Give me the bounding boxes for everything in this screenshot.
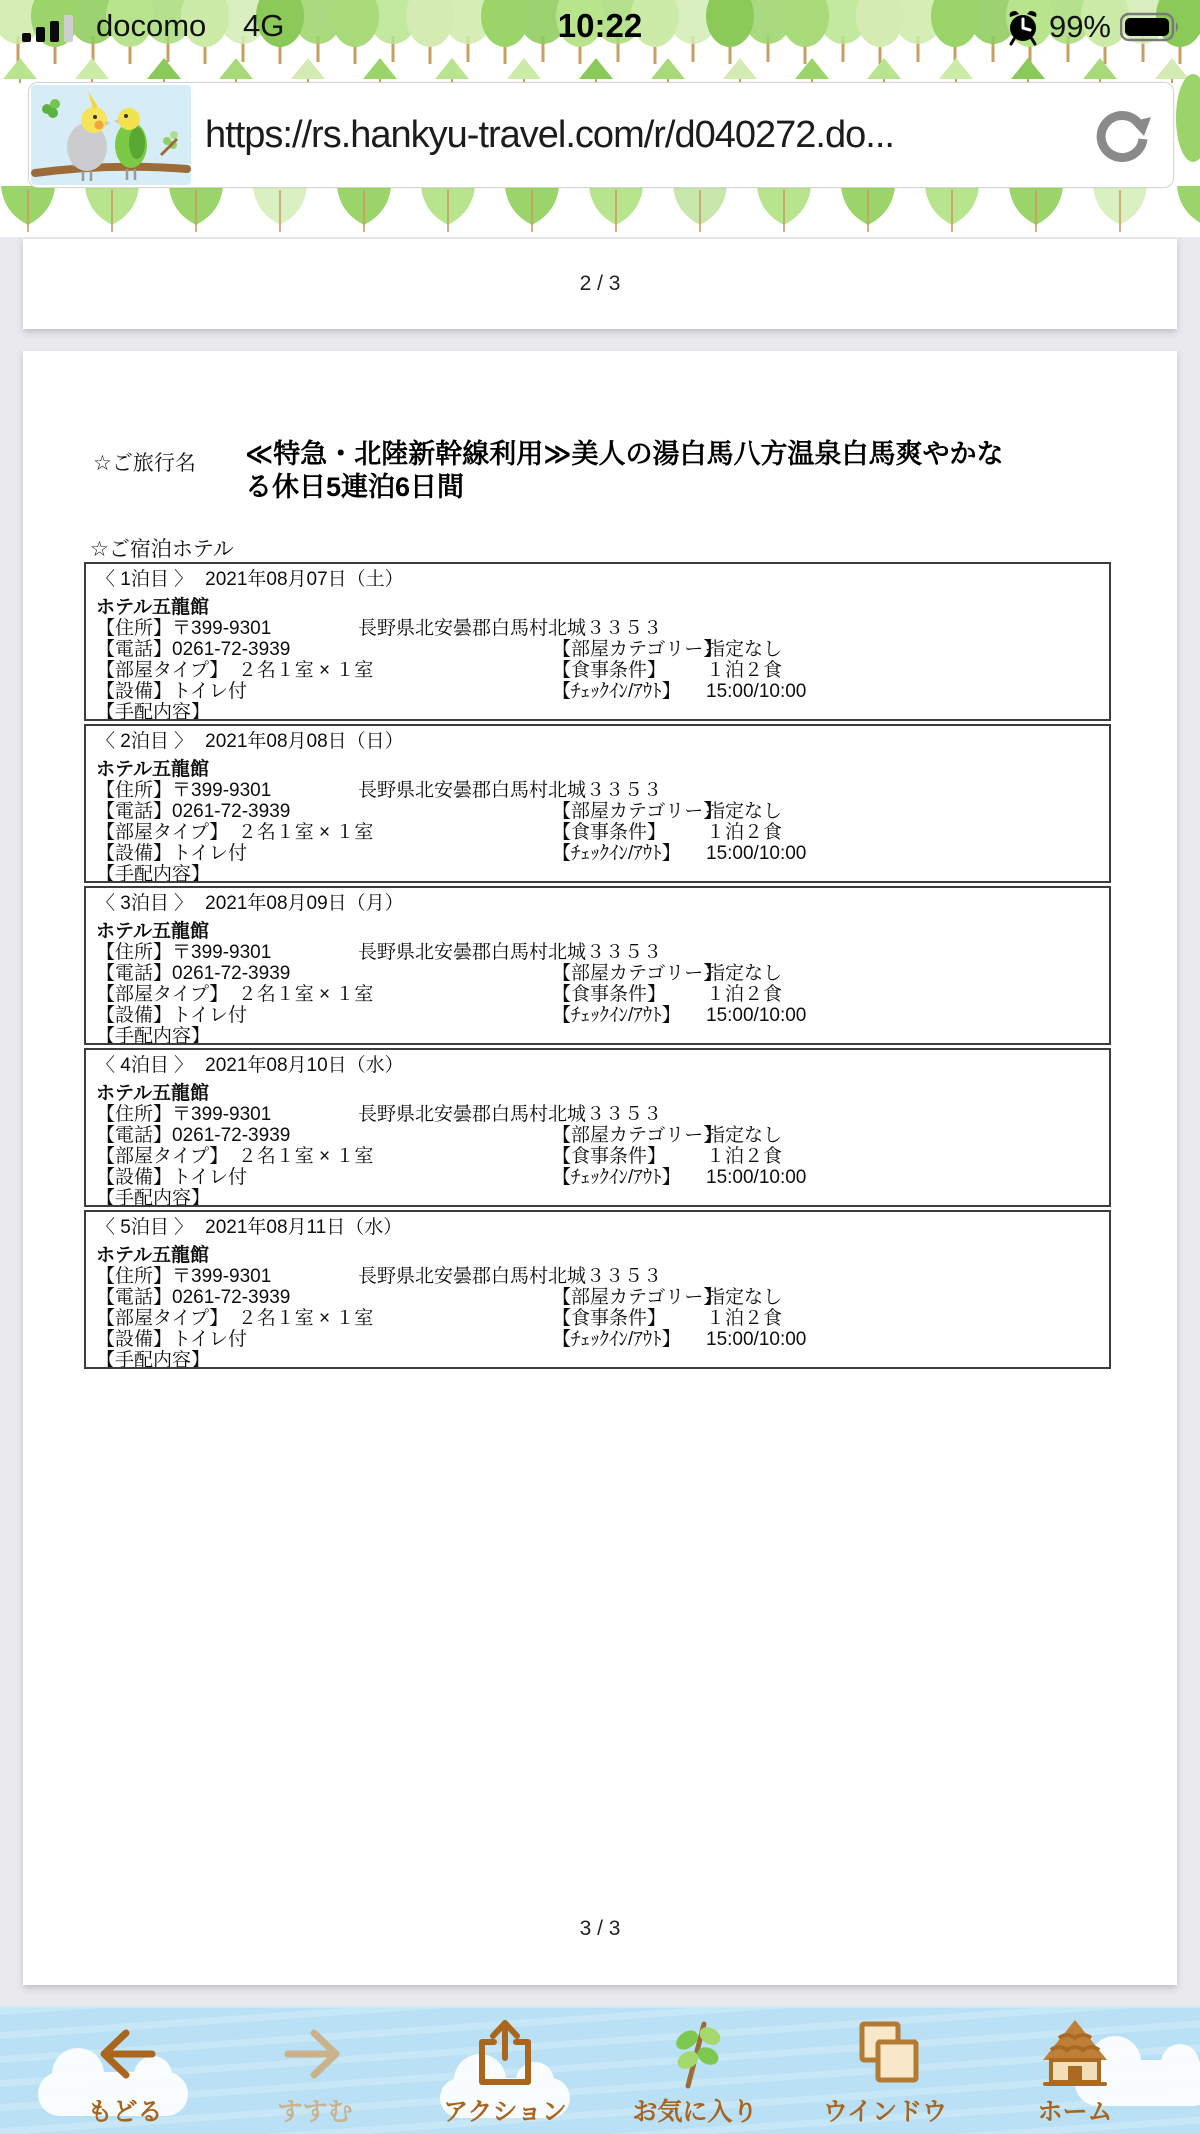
night-label: 〈 5泊目 〉 <box>96 1217 193 1238</box>
facility-value: 【設備】トイレ付 <box>96 1167 247 1188</box>
address-row: 【住所】〒399-9301長野県北安曇郡白馬村北城３３５３ <box>96 780 1109 801</box>
hotel-name: ホテル五龍館 <box>96 597 209 618</box>
room-type-value: 【部屋タイプ】 ２名１室 × １室 <box>96 984 373 1005</box>
hotel-night-list: 〈 1泊目 〉2021年08月07日（土）ホテル五龍館【住所】〒399-9301… <box>84 562 1111 1372</box>
browser-toolbar: もどる すすむ アクション <box>0 2006 1200 2134</box>
favorites-button[interactable]: お気に入り <box>600 2008 790 2134</box>
address-label: 【住所】〒399-9301 <box>96 780 271 801</box>
hotel-night-box: 〈 5泊目 〉2021年08月11日（水）ホテル五龍館【住所】〒399-9301… <box>84 1210 1111 1369</box>
facility-checkinout-row: 【設備】トイレ付【ﾁｪｯｸｲﾝ/ｱｳﾄ】15:00/10:00 <box>96 843 1109 864</box>
night-label: 〈 3泊目 〉 <box>96 893 193 914</box>
night-date: 2021年08月10日（水） <box>205 1055 404 1076</box>
facility-value: 【設備】トイレ付 <box>96 681 247 702</box>
hotel-section-label: ☆ご宿泊ホテル <box>90 533 234 563</box>
address-value: 長野県北安曇郡白馬村北城３３５３ <box>358 780 662 801</box>
url-text[interactable]: https://rs.hankyu-travel.com/r/d040272.d… <box>191 114 1093 157</box>
facility-value: 【設備】トイレ付 <box>96 843 247 864</box>
room-type-meal-row: 【部屋タイプ】 ２名１室 × １室【食事条件】１泊２食 <box>96 1146 1109 1167</box>
action-button[interactable]: アクション <box>410 2008 600 2134</box>
arrangement-row: 【手配内容】 <box>96 1026 1109 1045</box>
battery-percent-label: 99% <box>1049 9 1111 45</box>
checkinout-label: 【ﾁｪｯｸｲﾝ/ｱｳﾄ】 <box>552 1005 681 1026</box>
toolbar-label: もどる <box>87 2092 162 2128</box>
checkinout-label: 【ﾁｪｯｸｲﾝ/ｱｳﾄ】 <box>552 681 681 702</box>
facility-checkinout-row: 【設備】トイレ付【ﾁｪｯｸｲﾝ/ｱｳﾄ】15:00/10:00 <box>96 1167 1109 1188</box>
address-row: 【住所】〒399-9301長野県北安曇郡白馬村北城３３５３ <box>96 618 1109 639</box>
pdf-page-3: ☆ご旅行名 ≪特急・北陸新幹線利用≫美人の湯白馬八方温泉白馬爽やかなる休日5連泊… <box>23 351 1177 1985</box>
address-label: 【住所】〒399-9301 <box>96 1104 271 1125</box>
checkinout-label: 【ﾁｪｯｸｲﾝ/ｱｳﾄ】 <box>552 1329 681 1350</box>
phone-room-category-row: 【電話】0261-72-3939【部屋カテゴリー】指定なし <box>96 1125 1109 1146</box>
address-value: 長野県北安曇郡白馬村北城３３５３ <box>358 1104 662 1125</box>
room-category-value: 指定なし <box>706 801 782 822</box>
address-label: 【住所】〒399-9301 <box>96 618 271 639</box>
hotel-night-box: 〈 2泊目 〉2021年08月08日（日）ホテル五龍館【住所】〒399-9301… <box>84 724 1111 883</box>
arrangement-label: 【手配内容】 <box>96 1188 210 1207</box>
hotel-name: ホテル五龍館 <box>96 759 209 780</box>
room-type-meal-row: 【部屋タイプ】 ２名１室 × １室【食事条件】１泊２食 <box>96 984 1109 1005</box>
hotel-name-row: ホテル五龍館 <box>96 1083 1109 1104</box>
phone-room-category-row: 【電話】0261-72-3939【部屋カテゴリー】指定なし <box>96 639 1109 660</box>
toolbar-label: アクション <box>443 2092 567 2128</box>
hotel-name-row: ホテル五龍館 <box>96 1245 1109 1266</box>
hotel-night-box: 〈 4泊目 〉2021年08月10日（水）ホテル五龍館【住所】〒399-9301… <box>84 1048 1111 1207</box>
night-label: 〈 4泊目 〉 <box>96 1055 193 1076</box>
checkinout-label: 【ﾁｪｯｸｲﾝ/ｱｳﾄ】 <box>552 1167 681 1188</box>
room-type-value: 【部屋タイプ】 ２名１室 × １室 <box>96 660 373 681</box>
checkinout-value: 15:00/10:00 <box>706 843 806 864</box>
hotel-night-box: 〈 3泊目 〉2021年08月09日（月）ホテル五龍館【住所】〒399-9301… <box>84 886 1111 1045</box>
facility-checkinout-row: 【設備】トイレ付【ﾁｪｯｸｲﾝ/ｱｳﾄ】15:00/10:00 <box>96 1005 1109 1026</box>
checkinout-value: 15:00/10:00 <box>706 1329 806 1350</box>
trip-name-label: ☆ご旅行名 <box>93 447 196 477</box>
room-category-value: 指定なし <box>706 963 782 984</box>
checkinout-value: 15:00/10:00 <box>706 681 806 702</box>
hotel-name: ホテル五龍館 <box>96 1083 209 1104</box>
page-scroll-area[interactable]: 2 / 3 ☆ご旅行名 ≪特急・北陸新幹線利用≫美人の湯白馬八方温泉白馬爽やかな… <box>0 237 1200 2006</box>
room-type-value: 【部屋タイプ】 ２名１室 × １室 <box>96 1308 373 1329</box>
night-date: 2021年08月11日（水） <box>205 1217 402 1238</box>
arrangement-row: 【手配内容】 <box>96 864 1109 883</box>
facility-checkinout-row: 【設備】トイレ付【ﾁｪｯｸｲﾝ/ｱｳﾄ】15:00/10:00 <box>96 681 1109 702</box>
battery-icon <box>1120 12 1182 42</box>
phone-value: 【電話】0261-72-3939 <box>96 1125 290 1146</box>
two-birds-illustration <box>31 85 191 185</box>
arrangement-label: 【手配内容】 <box>96 864 210 883</box>
hotel-name: ホテル五龍館 <box>96 1245 209 1266</box>
room-type-meal-row: 【部屋タイプ】 ２名１室 × １室【食事条件】１泊２食 <box>96 1308 1109 1329</box>
arrangement-label: 【手配内容】 <box>96 1350 210 1369</box>
address-row: 【住所】〒399-9301長野県北安曇郡白馬村北城３３５３ <box>96 1266 1109 1287</box>
meal-value: １泊２食 <box>706 1146 782 1167</box>
address-value: 長野県北安曇郡白馬村北城３３５３ <box>358 1266 662 1287</box>
pdf-page-2: 2 / 3 <box>23 239 1177 329</box>
screen: docomo 4G 10:22 99% <box>0 0 1200 2134</box>
favorites-leaf-icon <box>660 2018 730 2090</box>
room-category-label: 【部屋カテゴリー】 <box>552 1287 722 1308</box>
address-value: 長野県北安曇郡白馬村北城３３５３ <box>358 942 662 963</box>
forward-button[interactable]: すすむ <box>220 2008 410 2134</box>
share-action-icon <box>470 2018 540 2090</box>
page-number: 2 / 3 <box>580 272 621 296</box>
phone-value: 【電話】0261-72-3939 <box>96 801 290 822</box>
toolbar-label: ウインドウ <box>823 2092 947 2128</box>
night-label: 〈 2泊目 〉 <box>96 731 193 752</box>
meal-label: 【食事条件】 <box>552 1308 666 1329</box>
phone-value: 【電話】0261-72-3939 <box>96 1287 290 1308</box>
back-arrow-icon <box>90 2018 160 2090</box>
back-button[interactable]: もどる <box>30 2008 220 2134</box>
hotel-name-row: ホテル五龍館 <box>96 759 1109 780</box>
phone-value: 【電話】0261-72-3939 <box>96 639 290 660</box>
phone-room-category-row: 【電話】0261-72-3939【部屋カテゴリー】指定なし <box>96 963 1109 984</box>
home-icon <box>1037 2018 1113 2090</box>
page-number: 3 / 3 <box>23 1917 1177 1941</box>
room-type-meal-row: 【部屋タイプ】 ２名１室 × １室【食事条件】１泊２食 <box>96 660 1109 681</box>
meal-value: １泊２食 <box>706 822 782 843</box>
windows-button[interactable]: ウインドウ <box>790 2008 980 2134</box>
room-type-value: 【部屋タイプ】 ２名１室 × １室 <box>96 1146 373 1167</box>
home-button[interactable]: ホーム <box>980 2008 1170 2134</box>
address-label: 【住所】〒399-9301 <box>96 1266 271 1287</box>
arrangement-label: 【手配内容】 <box>96 1026 210 1045</box>
trip-name: ≪特急・北陸新幹線利用≫美人の湯白馬八方温泉白馬爽やかなる休日5連泊6日間 <box>245 438 1029 504</box>
toolbar-label: すすむ <box>277 2092 352 2128</box>
toolbar-label: お気に入り <box>632 2092 757 2128</box>
alarm-clock-icon <box>1006 8 1040 46</box>
room-category-label: 【部屋カテゴリー】 <box>552 801 722 822</box>
room-category-value: 指定なし <box>706 639 782 660</box>
facility-value: 【設備】トイレ付 <box>96 1005 247 1026</box>
room-category-label: 【部屋カテゴリー】 <box>552 1125 722 1146</box>
forward-arrow-icon <box>280 2018 350 2090</box>
address-value: 長野県北安曇郡白馬村北城３３５３ <box>358 618 662 639</box>
meal-label: 【食事条件】 <box>552 1146 666 1167</box>
meal-value: １泊２食 <box>706 1308 782 1329</box>
room-category-label: 【部屋カテゴリー】 <box>552 963 722 984</box>
address-bar[interactable]: https://rs.hankyu-travel.com/r/d040272.d… <box>28 82 1174 188</box>
room-category-value: 指定なし <box>706 1125 782 1146</box>
facility-checkinout-row: 【設備】トイレ付【ﾁｪｯｸｲﾝ/ｱｳﾄ】15:00/10:00 <box>96 1329 1109 1350</box>
phone-room-category-row: 【電話】0261-72-3939【部屋カテゴリー】指定なし <box>96 1287 1109 1308</box>
arrangement-row: 【手配内容】 <box>96 1188 1109 1207</box>
room-type-meal-row: 【部屋タイプ】 ２名１室 × １室【食事条件】１泊２食 <box>96 822 1109 843</box>
facility-value: 【設備】トイレ付 <box>96 1329 247 1350</box>
room-category-label: 【部屋カテゴリー】 <box>552 639 722 660</box>
phone-value: 【電話】0261-72-3939 <box>96 963 290 984</box>
night-date: 2021年08月07日（土） <box>205 569 404 590</box>
windows-icon <box>848 2018 922 2090</box>
night-header: 〈 3泊目 〉2021年08月09日（月） <box>96 893 1109 914</box>
meal-label: 【食事条件】 <box>552 822 666 843</box>
address-row: 【住所】〒399-9301長野県北安曇郡白馬村北城３３５３ <box>96 1104 1109 1125</box>
night-header: 〈 5泊目 〉2021年08月11日（水） <box>96 1217 1109 1238</box>
arrangement-row: 【手配内容】 <box>96 702 1109 721</box>
night-header: 〈 1泊目 〉2021年08月07日（土） <box>96 569 1109 590</box>
room-category-value: 指定なし <box>706 1287 782 1308</box>
hotel-name-row: ホテル五龍館 <box>96 597 1109 618</box>
arrangement-label: 【手配内容】 <box>96 702 210 721</box>
arrangement-row: 【手配内容】 <box>96 1350 1109 1369</box>
meal-value: １泊２食 <box>706 660 782 681</box>
night-header: 〈 4泊目 〉2021年08月10日（水） <box>96 1055 1109 1076</box>
room-type-value: 【部屋タイプ】 ２名１室 × １室 <box>96 822 373 843</box>
night-header: 〈 2泊目 〉2021年08月08日（日） <box>96 731 1109 752</box>
checkinout-value: 15:00/10:00 <box>706 1167 806 1188</box>
status-bar: docomo 4G 10:22 99% <box>0 0 1200 56</box>
browser-header: docomo 4G 10:22 99% <box>0 0 1200 237</box>
hotel-name: ホテル五龍館 <box>96 921 209 942</box>
toolbar-label: ホーム <box>1037 2092 1112 2128</box>
address-label: 【住所】〒399-9301 <box>96 942 271 963</box>
meal-label: 【食事条件】 <box>552 660 666 681</box>
checkinout-value: 15:00/10:00 <box>706 1005 806 1026</box>
night-label: 〈 1泊目 〉 <box>96 569 193 590</box>
hotel-night-box: 〈 1泊目 〉2021年08月07日（土）ホテル五龍館【住所】〒399-9301… <box>84 562 1111 721</box>
reload-icon[interactable] <box>1093 106 1151 164</box>
checkinout-label: 【ﾁｪｯｸｲﾝ/ｱｳﾄ】 <box>552 843 681 864</box>
meal-value: １泊２食 <box>706 984 782 1005</box>
night-date: 2021年08月09日（月） <box>205 893 404 914</box>
hotel-name-row: ホテル五龍館 <box>96 921 1109 942</box>
address-row: 【住所】〒399-9301長野県北安曇郡白馬村北城３３５３ <box>96 942 1109 963</box>
meal-label: 【食事条件】 <box>552 984 666 1005</box>
phone-room-category-row: 【電話】0261-72-3939【部屋カテゴリー】指定なし <box>96 801 1109 822</box>
night-date: 2021年08月08日（日） <box>205 731 404 752</box>
